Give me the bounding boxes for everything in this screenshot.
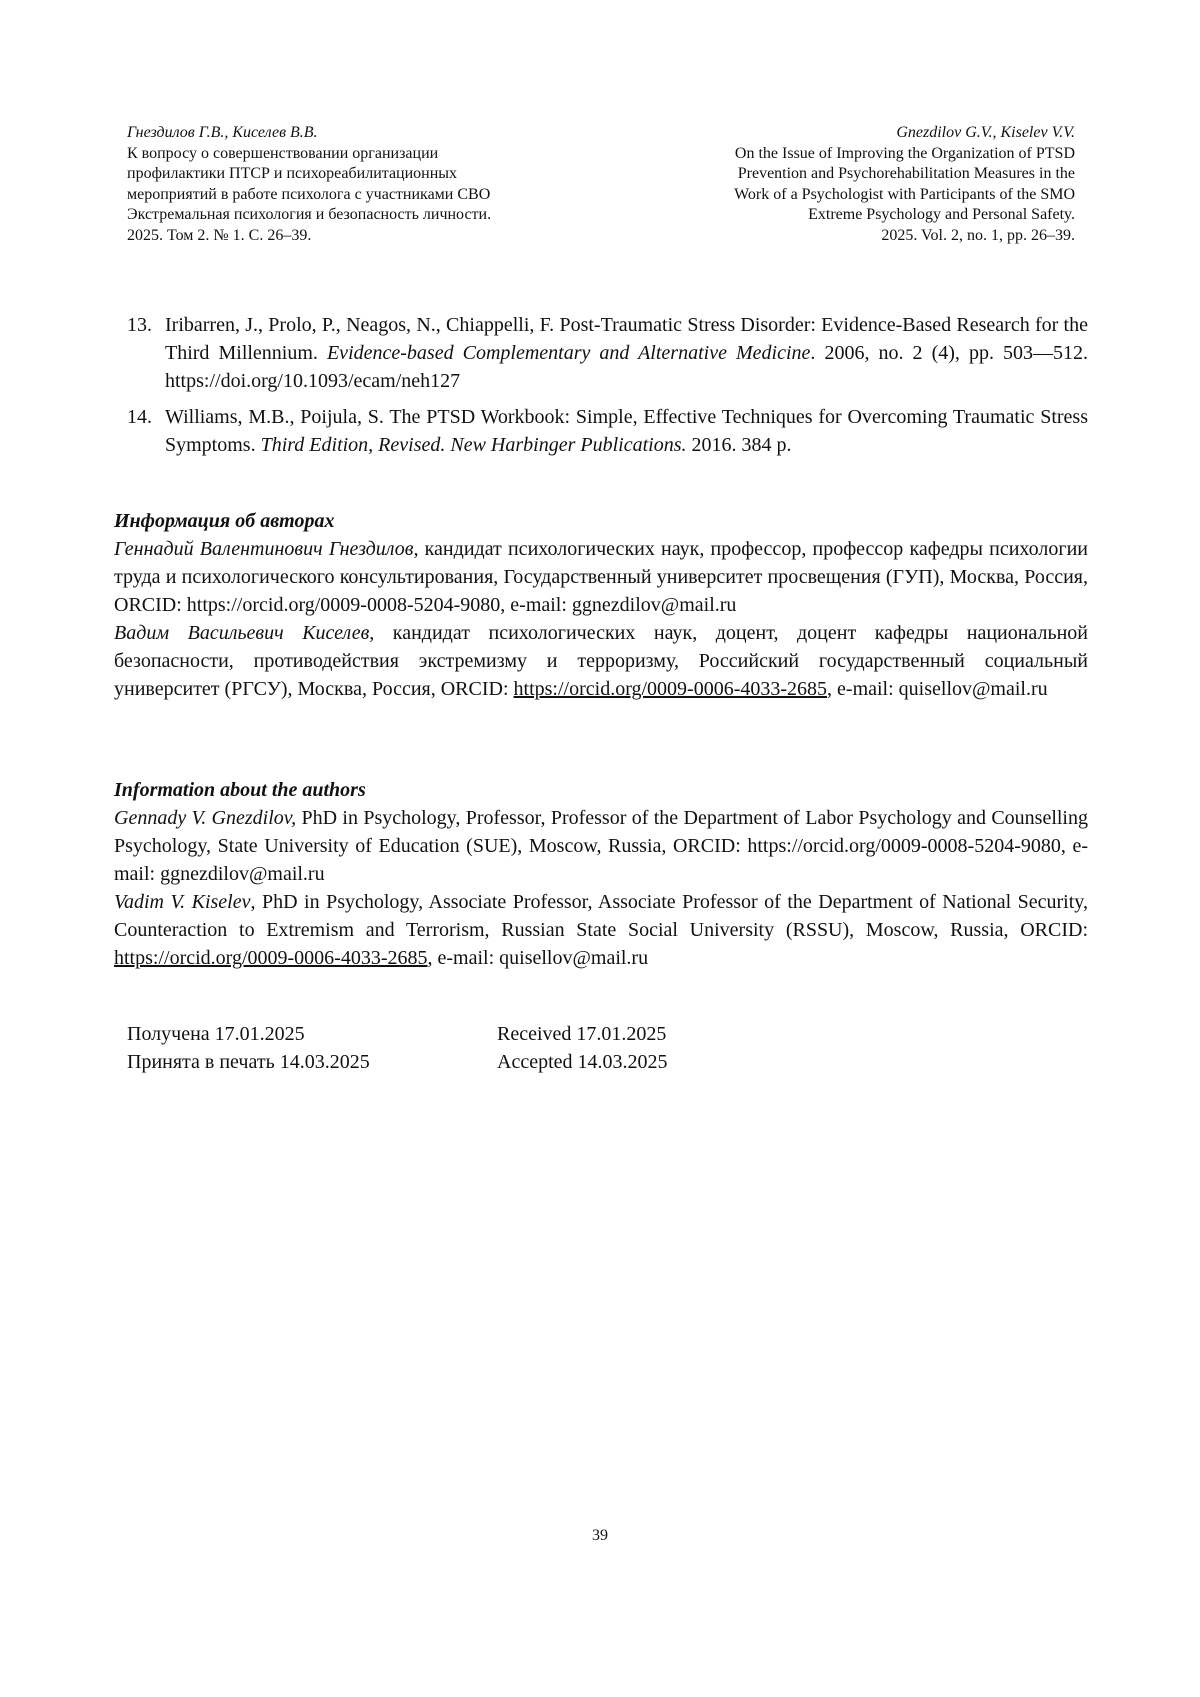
reference-details: 2016. 384 p. xyxy=(686,434,791,456)
header-title-ru-line: профилактики ПТСР и психореабилитационны… xyxy=(127,164,491,185)
received-date-ru: Получена 17.01.2025 xyxy=(127,1020,497,1048)
authors-info-en: Information about the authors Gennady V.… xyxy=(114,776,1088,972)
author-email: , e-mail: quisellov@mail.ru xyxy=(827,678,1048,700)
author-name: Gennady V. Gnezdilov, xyxy=(114,807,296,829)
page-number: 39 xyxy=(0,1527,1200,1545)
author-email: , e-mail: quisellov@mail.ru xyxy=(428,947,649,969)
author-entry: Вадим Васильевич Киселев, кандидат психо… xyxy=(114,619,1088,703)
reference-number: 13. xyxy=(127,311,165,395)
section-title-ru: Информация об авторах xyxy=(114,507,1088,535)
author-name: Вадим Васильевич Киселев, xyxy=(114,622,374,644)
author-entry: Gennady V. Gnezdilov, PhD in Psychology,… xyxy=(114,804,1088,888)
header-citation-en: 2025. Vol. 2, no. 1, pp. 26–39. xyxy=(734,226,1075,247)
header-title-ru-line: мероприятий в работе психолога с участни… xyxy=(127,185,491,206)
header-title-en-line: Prevention and Psychorehabilitation Meas… xyxy=(734,164,1075,185)
reference-list: 13. Iribarren, J., Prolo, P., Neagos, N.… xyxy=(127,311,1088,467)
orcid-link[interactable]: https://orcid.org/0009-0006-4033-2685 xyxy=(514,678,828,700)
received-date-en: Received 17.01.2025 xyxy=(497,1020,867,1048)
reference-item: 13. Iribarren, J., Prolo, P., Neagos, N.… xyxy=(127,311,1088,395)
submission-dates: Получена 17.01.2025 Принята в печать 14.… xyxy=(127,1020,867,1076)
author-name: Геннадий Валентинович Гнездилов, xyxy=(114,538,418,560)
header-authors-en: Gnezdilov G.V., Kiselev V.V. xyxy=(734,123,1075,144)
reference-text: Iribarren, J., Prolo, P., Neagos, N., Ch… xyxy=(165,311,1088,395)
reference-item: 14. Williams, M.B., Poijula, S. The PTSD… xyxy=(127,403,1088,459)
author-name: Vadim V. Kiselev xyxy=(114,891,251,913)
running-header: Гнездилов Г.В., Киселев В.В. К вопросу о… xyxy=(127,123,1075,246)
header-title-ru-line: К вопросу о совершенствовании организаци… xyxy=(127,144,491,165)
reference-number: 14. xyxy=(127,403,165,459)
reference-source: Third Edition, Revised. New Harbinger Pu… xyxy=(261,434,687,456)
author-entry: Vadim V. Kiselev, PhD in Psychology, Ass… xyxy=(114,888,1088,972)
dates-ru: Получена 17.01.2025 Принята в печать 14.… xyxy=(127,1020,497,1076)
header-title-en-line: Work of a Psychologist with Participants… xyxy=(734,185,1075,206)
accepted-date-ru: Принята в печать 14.03.2025 xyxy=(127,1048,497,1076)
author-entry: Геннадий Валентинович Гнездилов, кандида… xyxy=(114,535,1088,619)
orcid-link[interactable]: https://orcid.org/0009-0006-4033-2685 xyxy=(114,947,428,969)
authors-info-ru: Информация об авторах Геннадий Валентино… xyxy=(114,507,1088,703)
header-authors-ru: Гнездилов Г.В., Киселев В.В. xyxy=(127,123,491,144)
reference-source: Evidence-based Complementary and Alterna… xyxy=(327,342,810,364)
section-title-en: Information about the authors xyxy=(114,776,1088,804)
header-title-en-line: On the Issue of Improving the Organizati… xyxy=(734,144,1075,165)
reference-text: Williams, M.B., Poijula, S. The PTSD Wor… xyxy=(165,403,1088,459)
header-english: Gnezdilov G.V., Kiselev V.V. On the Issu… xyxy=(734,123,1075,246)
header-journal-en: Extreme Psychology and Personal Safety. xyxy=(734,205,1075,226)
dates-en: Received 17.01.2025 Accepted 14.03.2025 xyxy=(497,1020,867,1076)
header-russian: Гнездилов Г.В., Киселев В.В. К вопросу о… xyxy=(127,123,491,246)
header-journal-ru: Экстремальная психология и безопасность … xyxy=(127,205,491,226)
author-details: , PhD in Psychology, Associate Professor… xyxy=(114,891,1088,941)
header-citation-ru: 2025. Том 2. № 1. С. 26–39. xyxy=(127,226,491,247)
accepted-date-en: Accepted 14.03.2025 xyxy=(497,1048,867,1076)
